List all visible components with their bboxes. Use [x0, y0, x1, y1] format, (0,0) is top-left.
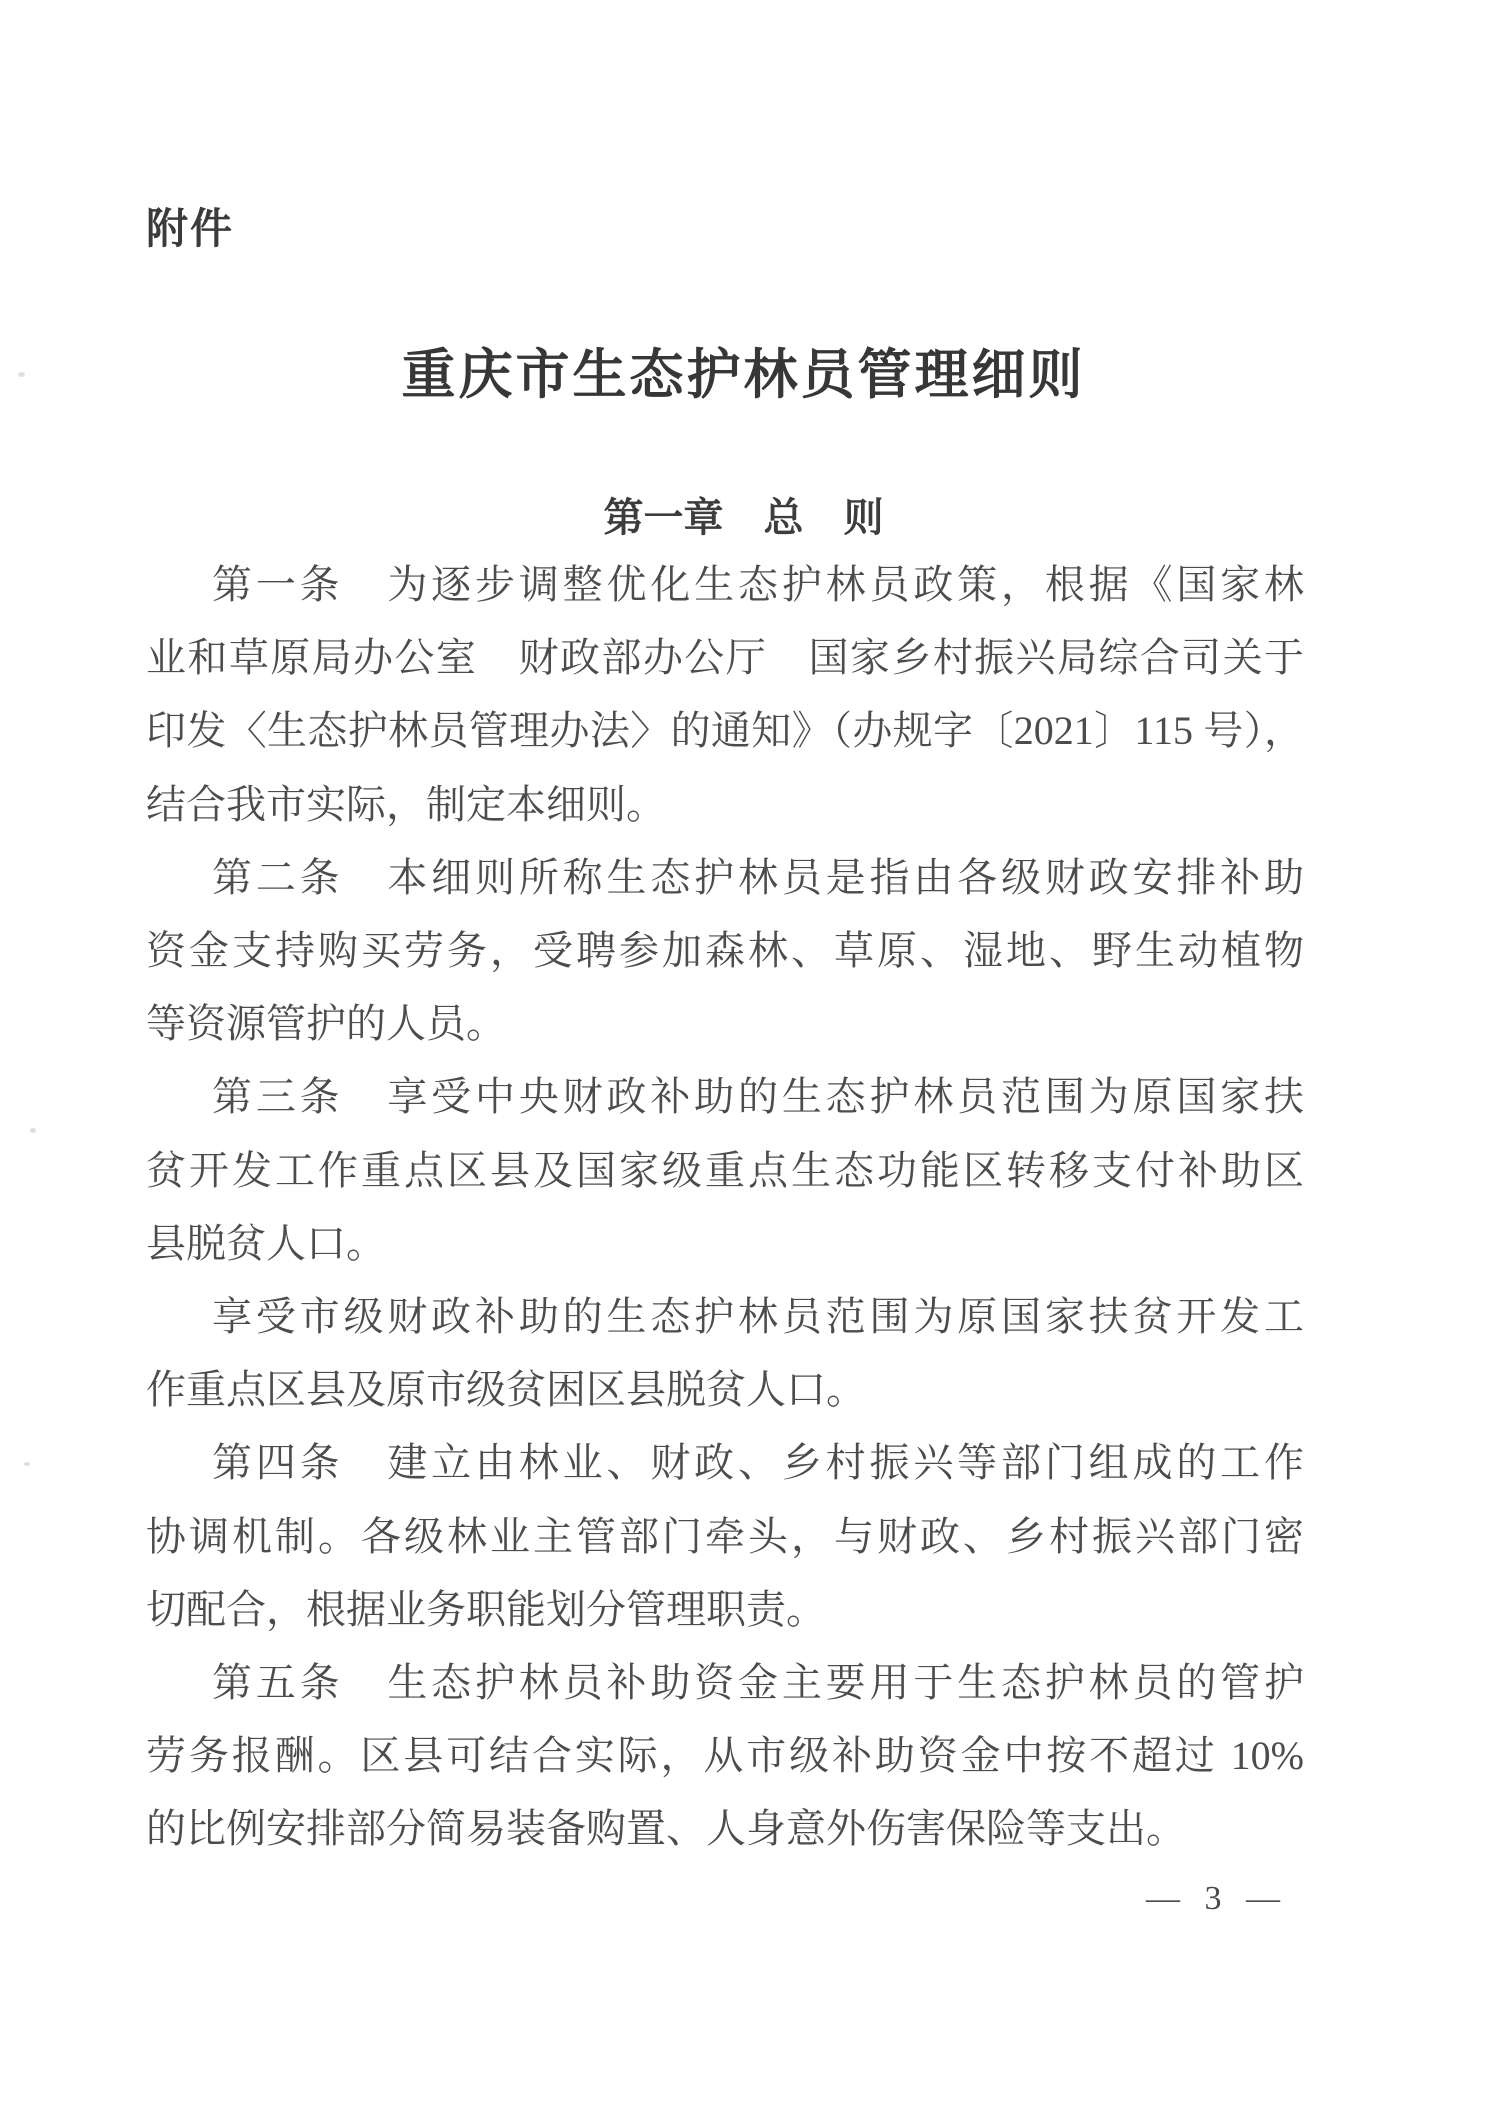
document-title: 重庆市生态护林员管理细则	[0, 332, 1487, 409]
paragraph: 第三条 享受中央财政补助的生态护林员范围为原国家扶贫开发工作重点区县及国家级重点…	[146, 1060, 1304, 1280]
body-line: 的比例安排部分简易装备购置、人身意外伤害保险等支出。	[146, 1792, 1304, 1865]
paragraph: 第二条 本细则所称生态护林员是指由各级财政安排补助资金支持购买劳务，受聘参加森林…	[146, 841, 1304, 1061]
body-line: 劳务报酬。区县可结合实际，从市级补助资金中按不超过 10%	[146, 1719, 1304, 1792]
body-line: 协调机制。各级林业主管部门牵头，与财政、乡村振兴部门密	[146, 1500, 1304, 1573]
body-line: 享受市级财政补助的生态护林员范围为原国家扶贫开发工	[146, 1280, 1304, 1353]
body-line: 第二条 本细则所称生态护林员是指由各级财政安排补助	[146, 841, 1304, 914]
body-line: 资金支持购买劳务，受聘参加森林、草原、湿地、野生动植物	[146, 914, 1304, 987]
body-line: 贫开发工作重点区县及国家级重点生态功能区转移支付补助区	[146, 1134, 1304, 1207]
chapter-heading: 第一章 总 则	[0, 486, 1487, 543]
body-line: 第四条 建立由林业、财政、乡村振兴等部门组成的工作	[146, 1426, 1304, 1499]
document-body: 第一条 为逐步调整优化生态护林员政策，根据《国家林业和草原局办公室 财政部办公厅…	[146, 548, 1304, 1866]
attachment-label: 附件	[146, 196, 234, 256]
body-line: 印发〈生态护林员管理办法〉的通知》（办规字〔2021〕115 号），	[146, 694, 1304, 767]
scan-artifact	[24, 1462, 30, 1466]
scanned-document-page: 附件 重庆市生态护林员管理细则 第一章 总 则 第一条 为逐步调整优化生态护林员…	[0, 0, 1487, 2102]
body-line: 县脱贫人口。	[146, 1207, 1304, 1280]
paragraph: 享受市级财政补助的生态护林员范围为原国家扶贫开发工作重点区县及原市级贫困区县脱贫…	[146, 1280, 1304, 1426]
paragraph: 第五条 生态护林员补助资金主要用于生态护林员的管护劳务报酬。区县可结合实际，从市…	[146, 1646, 1304, 1866]
body-line: 第五条 生态护林员补助资金主要用于生态护林员的管护	[146, 1646, 1304, 1719]
paragraph: 第四条 建立由林业、财政、乡村振兴等部门组成的工作协调机制。各级林业主管部门牵头…	[146, 1426, 1304, 1646]
body-line: 第一条 为逐步调整优化生态护林员政策，根据《国家林	[146, 548, 1304, 621]
body-line: 第三条 享受中央财政补助的生态护林员范围为原国家扶	[146, 1060, 1304, 1133]
body-line: 等资源管护的人员。	[146, 987, 1304, 1060]
scan-artifact	[18, 372, 25, 377]
body-line: 作重点区县及原市级贫困区县脱贫人口。	[146, 1353, 1304, 1426]
body-line: 切配合，根据业务职能划分管理职责。	[146, 1573, 1304, 1646]
page-number: — 3 —	[1146, 1880, 1288, 1918]
body-line: 结合我市实际，制定本细则。	[146, 768, 1304, 841]
paragraph: 第一条 为逐步调整优化生态护林员政策，根据《国家林业和草原局办公室 财政部办公厅…	[146, 548, 1304, 841]
body-line: 业和草原局办公室 财政部办公厅 国家乡村振兴局综合司关于	[146, 621, 1304, 694]
scan-artifact	[30, 1128, 36, 1133]
